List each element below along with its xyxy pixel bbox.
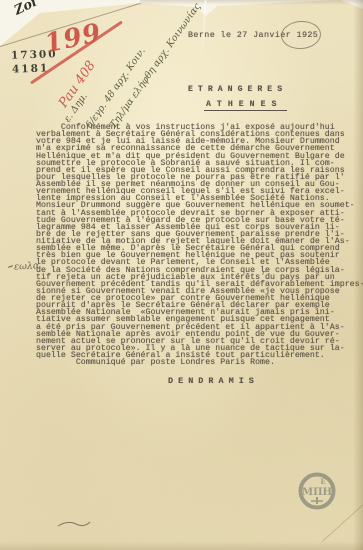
stamp-letters: ΜΠΗ bbox=[302, 487, 332, 498]
handwritten-corner-name: Zoi bbox=[12, 0, 39, 18]
destination-header: ATHENES bbox=[204, 100, 287, 111]
body-text: Conformément à vos instructions j'ai exp… bbox=[36, 124, 363, 366]
insertion-mark: r bbox=[262, 269, 265, 277]
archive-stamp-icon: Ε ΜΠΗ bbox=[297, 471, 337, 516]
stamp-top-letter: Ε bbox=[320, 477, 325, 486]
edge-shadow-bottom bbox=[0, 541, 363, 550]
ministry-header: ETRANGERES bbox=[188, 85, 287, 94]
signature: DENDRAMIS bbox=[168, 376, 259, 386]
edge-shadow-top bbox=[140, 0, 363, 5]
edge-shadow-right bbox=[353, 0, 363, 550]
margin-note: εωλα bbox=[14, 260, 40, 272]
scanned-document-page: Zoi 17300 4181 199 Pau 408 ε. Δημ. δ/εγρ… bbox=[0, 0, 363, 550]
pencil-squiggle bbox=[56, 517, 92, 535]
